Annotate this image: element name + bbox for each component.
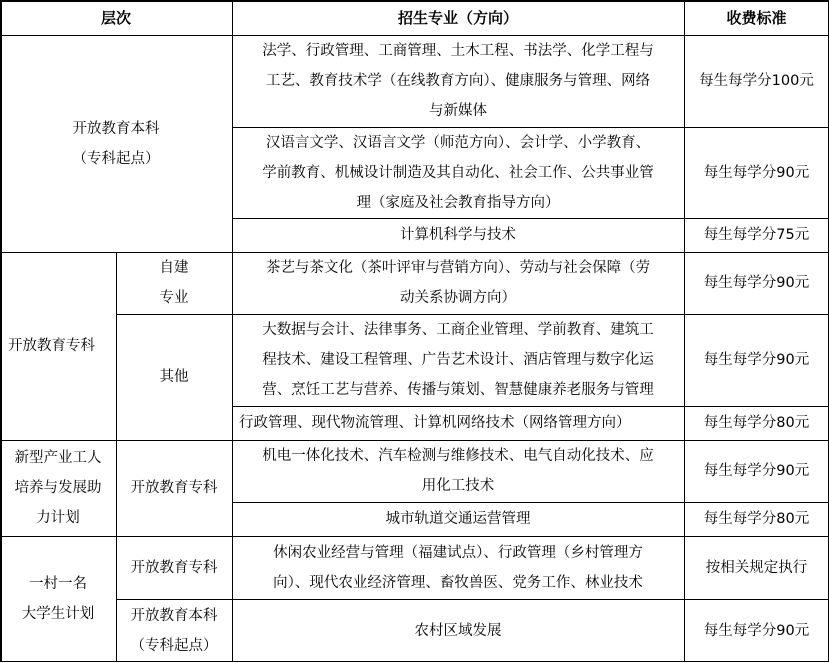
fee-cell: 每生每学分90元 <box>684 252 829 314</box>
header-fee: 收费标准 <box>684 0 829 35</box>
sublevel-other: 其他 <box>116 314 232 440</box>
level-line: 一村一名 <box>22 569 95 599</box>
majors-line: 营、烹饪工艺与营养、传播与策划、智慧健康养老服务与管理 <box>262 375 654 405</box>
grid-line <box>232 406 829 408</box>
majors-line: 休闲农业经营与管理（福建试点）、行政管理（乡村管理方 <box>273 538 643 568</box>
majors-line: 与新媒体 <box>262 96 654 126</box>
table-border <box>0 0 2 662</box>
level-line: 大学生计划 <box>22 599 95 629</box>
majors-line: 法学、行政管理、工商管理、土木工程、书法学、化学工程与 <box>262 36 654 66</box>
majors-cell: 农村区域发展 <box>232 599 684 662</box>
header-level: 层次 <box>0 0 232 35</box>
level-industrial-workers: 新型产业工人 培养与发展助 力计划 <box>0 440 116 536</box>
grid-line <box>0 536 829 538</box>
sublevel-junior-college: 开放教育专科 <box>116 440 232 536</box>
majors-line: 茶艺与茶文化（茶叶评审与营销方向）、劳动与社会保障（劳 <box>266 253 650 283</box>
fee-cell: 每生每学分90元 <box>684 127 829 218</box>
majors-cell: 茶艺与茶文化（茶叶评审与营销方向）、劳动与社会保障（劳 动关系协调方向） <box>232 252 684 314</box>
majors-cell: 大数据与会计、法律事务、工商企业管理、学前教育、建筑工 程技术、建设工程管理、广… <box>232 314 684 406</box>
level-junior-college: 开放教育专科 <box>0 252 116 440</box>
sublevel-junior-college: 开放教育专科 <box>116 536 232 599</box>
majors-line: 城市轨道交通运营管理 <box>386 504 531 534</box>
fee-cell: 每生每学分100元 <box>684 35 829 127</box>
majors-line: 程技术、建设工程管理、广告艺术设计、酒店管理与数字化运 <box>262 345 654 375</box>
majors-line: 汉语言文学、汉语言文学（师范方向）、会计学、小学教育、 <box>262 128 654 158</box>
level-one-village-one-student: 一村一名 大学生计划 <box>0 536 116 662</box>
majors-line: 向）、现代农业经济管理、畜牧兽医、党务工作、林业技术 <box>273 568 643 598</box>
grid-line <box>0 35 829 37</box>
grid-line <box>232 218 829 220</box>
table-border <box>0 661 829 663</box>
fee-cell: 每生每学分90元 <box>684 314 829 406</box>
header-fee-text: 收费标准 <box>726 3 786 33</box>
fee-text: 每生每学分90元 <box>704 616 809 646</box>
sublevel-line: 开放教育本科 <box>131 601 218 631</box>
majors-line: 行政管理、现代物流管理、计算机网络技术（网络管理方向） <box>239 408 631 438</box>
grid-line <box>0 252 829 254</box>
sublevel-line: 专业 <box>160 283 189 313</box>
level-line: 新型产业工人 <box>15 443 102 473</box>
grid-line <box>232 0 234 662</box>
header-level-text: 层次 <box>101 3 131 33</box>
header-majors-text: 招生专业（方向） <box>398 3 518 33</box>
level-line: 力计划 <box>15 503 102 533</box>
majors-cell: 城市轨道交通运营管理 <box>232 502 684 536</box>
grid-line <box>116 314 829 316</box>
level-undergrad: 开放教育本科 （专科起点） <box>0 35 232 252</box>
sublevel-self-built: 自建 专业 <box>116 252 232 314</box>
majors-line: 机电一体化技术、汽车检测与维修技术、电气自动化技术、应 <box>262 441 654 471</box>
fee-cell: 每生每学分80元 <box>684 406 829 440</box>
majors-line: 学前教育、机械设计制造及其自动化、社会工作、公共事业管 <box>262 158 654 188</box>
grid-line <box>116 599 829 601</box>
level-junior-college-text: 开放教育专科 <box>8 331 95 361</box>
sublevel-line: 其他 <box>160 362 189 392</box>
majors-cell: 机电一体化技术、汽车检测与维修技术、电气自动化技术、应 用化工技术 <box>232 440 684 502</box>
majors-cell: 汉语言文学、汉语言文学（师范方向）、会计学、小学教育、 学前教育、机械设计制造及… <box>232 127 684 218</box>
sublevel-line: 自建 <box>160 253 189 283</box>
majors-line: 计算机科学与技术 <box>400 220 516 250</box>
majors-line: 动关系协调方向） <box>266 283 650 313</box>
majors-cell: 计算机科学与技术 <box>232 218 684 252</box>
fee-cell: 每生每学分90元 <box>684 599 829 662</box>
grid-line <box>684 0 686 662</box>
majors-line: 工艺、教育技术学（在线教育方向）、健康服务与管理、网络 <box>262 66 654 96</box>
level-undergrad-line2: （专科起点） <box>73 144 160 174</box>
fee-text: 每生每学分90元 <box>704 268 809 298</box>
header-majors: 招生专业（方向） <box>232 0 684 35</box>
fee-cell: 每生每学分90元 <box>684 440 829 502</box>
sublevel-line: 开放教育专科 <box>131 553 218 583</box>
fee-text: 每生每学分90元 <box>704 158 809 188</box>
fee-cell: 每生每学分80元 <box>684 502 829 536</box>
majors-cell: 休闲农业经营与管理（福建试点）、行政管理（乡村管理方 向）、现代农业经济管理、畜… <box>232 536 684 599</box>
sublevel-undergrad: 开放教育本科 （专科起点） <box>116 599 232 662</box>
grid-line <box>232 127 829 129</box>
majors-line: 大数据与会计、法律事务、工商企业管理、学前教育、建筑工 <box>262 315 654 345</box>
majors-line: 用化工技术 <box>262 471 654 501</box>
majors-line: 农村区域发展 <box>415 616 502 646</box>
fee-cell: 按相关规定执行 <box>684 536 829 599</box>
fee-text: 每生每学分75元 <box>704 220 809 250</box>
fee-text: 每生每学分90元 <box>704 345 809 375</box>
fee-text: 每生每学分80元 <box>704 408 809 438</box>
level-undergrad-line1: 开放教育本科 <box>73 114 160 144</box>
fee-text: 每生每学分90元 <box>704 456 809 486</box>
level-line: 培养与发展助 <box>15 473 102 503</box>
fee-text: 每生每学分80元 <box>704 504 809 534</box>
majors-cell: 法学、行政管理、工商管理、土木工程、书法学、化学工程与 工艺、教育技术学（在线教… <box>232 35 684 127</box>
fee-text: 每生每学分100元 <box>699 66 814 96</box>
fee-text: 按相关规定执行 <box>706 553 808 583</box>
table-border <box>0 0 829 2</box>
grid-line <box>0 440 829 442</box>
grid-line <box>232 502 829 504</box>
fee-cell: 每生每学分75元 <box>684 218 829 252</box>
sublevel-line: 开放教育专科 <box>131 473 218 503</box>
majors-cell: 行政管理、现代物流管理、计算机网络技术（网络管理方向） <box>232 406 684 440</box>
sublevel-line: （专科起点） <box>131 631 218 661</box>
majors-line: 理（家庭及社会教育指导方向） <box>262 188 654 218</box>
